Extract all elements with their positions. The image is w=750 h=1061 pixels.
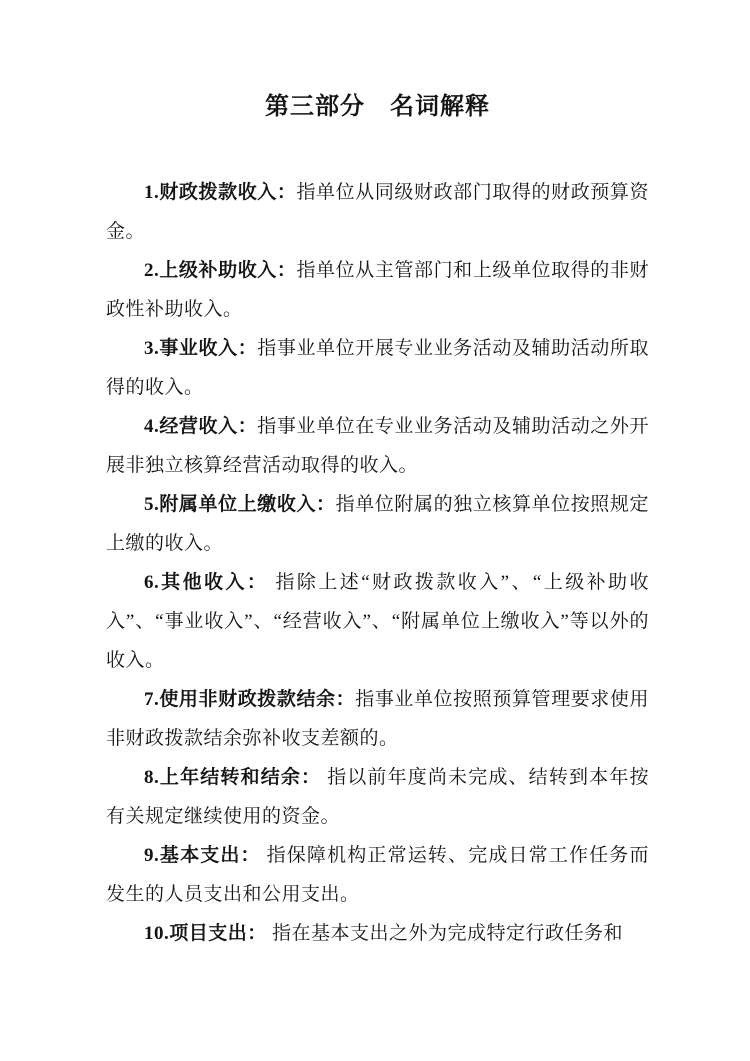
glossary-item-6: 6.其他收入： 指除上述“财政拨款收入”、“上级补助收入”、“事业收入”、“经营… bbox=[106, 563, 649, 680]
term-name: 5.附属单位上缴收入： bbox=[144, 494, 336, 515]
term-name: 7.使用非财政拨款结余： bbox=[144, 689, 355, 710]
term-name: 9.基本支出： bbox=[144, 845, 261, 866]
glossary-item-3: 3.事业收入：指事业单位开展专业业务活动及辅助活动所取得的收入。 bbox=[106, 329, 649, 407]
glossary-item-9: 9.基本支出： 指保障机构正常运转、完成日常工作任务而发生的人员支出和公用支出。 bbox=[106, 836, 649, 914]
term-name: 1.财政拨款收入： bbox=[144, 182, 296, 203]
term-name: 6.其他收入： bbox=[144, 572, 268, 593]
glossary-body: 1.财政拨款收入：指单位从同级财政部门取得的财政预算资金。 2.上级补助收入：指… bbox=[106, 173, 649, 953]
term-name: 10.项目支出： bbox=[144, 923, 267, 944]
glossary-item-7: 7.使用非财政拨款结余：指事业单位按照预算管理要求使用非财政拨款结余弥补收支差额… bbox=[106, 680, 649, 758]
glossary-item-8: 8.上年结转和结余： 指以前年度尚未完成、结转到本年按有关规定继续使用的资金。 bbox=[106, 758, 649, 836]
document-page: 第三部分 名词解释 1.财政拨款收入：指单位从同级财政部门取得的财政预算资金。 … bbox=[0, 0, 750, 1061]
term-definition: 指在基本支出之外为完成特定行政任务和 bbox=[267, 923, 623, 944]
glossary-item-10: 10.项目支出： 指在基本支出之外为完成特定行政任务和 bbox=[106, 914, 649, 953]
glossary-item-4: 4.经营收入：指事业单位在专业业务活动及辅助活动之外开展非独立核算经营活动取得的… bbox=[106, 407, 649, 485]
page-title: 第三部分 名词解释 bbox=[106, 90, 649, 124]
term-name: 8.上年结转和结余： bbox=[144, 767, 321, 788]
glossary-item-2: 2.上级补助收入：指单位从主管部门和上级单位取得的非财政性补助收入。 bbox=[106, 251, 649, 329]
term-name: 3.事业收入： bbox=[144, 338, 257, 359]
term-name: 4.经营收入： bbox=[144, 416, 257, 437]
glossary-item-5: 5.附属单位上缴收入：指单位附属的独立核算单位按照规定上缴的收入。 bbox=[106, 485, 649, 563]
glossary-item-1: 1.财政拨款收入：指单位从同级财政部门取得的财政预算资金。 bbox=[106, 173, 649, 251]
term-name: 2.上级补助收入： bbox=[144, 260, 296, 281]
